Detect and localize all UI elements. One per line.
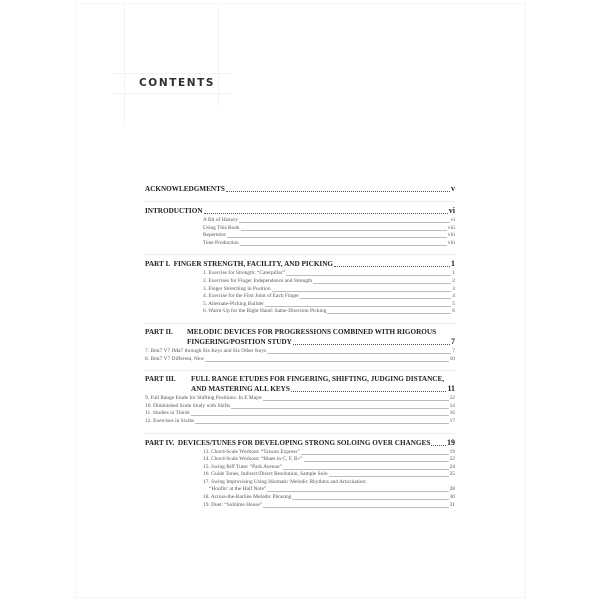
leader-line [263,400,449,401]
dot-leader [204,213,448,214]
table-of-contents: ACKNOWLEDGMENTS v INTRODUCTION vi A Bit … [145,184,455,509]
toc-page-number: 16 [450,410,455,418]
toc-item-label: 13. Chord-Scale Workout: “Taiwan Express… [203,449,300,457]
toc-page-number: 17 [450,418,455,426]
leader-line [300,298,451,299]
toc-item[interactable]: 8. IImi7 V7 Different, New10 [145,356,455,364]
dot-leader [291,391,447,392]
toc-page-number: 30 [450,494,455,502]
leader-line [267,491,448,492]
toc-item[interactable]: Tone Productionviii [145,240,455,248]
leader-line [286,275,451,276]
toc-heading-line-1: PART III.FULL RANGE ETUDES FOR FINGERING… [145,375,455,384]
toc-item[interactable]: 19. Duet: “Sublime House”31 [145,502,455,510]
leader-line [263,507,448,508]
toc-item-label: 4. Exercise for the First Joint of Each … [203,293,299,301]
page-edge-bottom [75,597,525,598]
toc-heading-label: PART I. FINGER STRENGTH, FACILITY, AND P… [145,259,333,269]
leader-line [327,313,451,314]
toc-item-label: Tone Production [203,240,239,248]
toc-heading[interactable]: ACKNOWLEDGMENTS v [145,184,455,194]
leader-line [292,499,448,500]
leader-line [301,454,449,455]
leader-line [272,291,452,292]
toc-item-label: 14. Chord-Scale Workout: “Blues in C, F,… [203,456,303,464]
toc-heading[interactable]: PART III.FULL RANGE ETUDES FOR FINGERING… [145,375,455,394]
toc-item-label: 1. Exercise for Strength: “Caterpillar” [203,270,285,278]
toc-page-number: 24 [450,464,455,472]
toc-heading[interactable]: INTRODUCTION vi [145,206,455,216]
toc-page-number: viii [448,240,455,248]
leader-line [195,423,448,424]
toc-item-label: 10. Diminished Scale Study with Shifts [145,403,230,411]
toc-item[interactable]: 3. Finger Stretching in Position3 [145,286,455,294]
leader-line [191,415,449,416]
toc-page-number: 6 [452,308,455,316]
toc-item[interactable]: Repertoireviii [145,232,455,240]
part-prefix: PART I. [145,260,170,268]
guide-line [112,73,232,74]
toc-page-number: vi [449,206,455,216]
guide-line [218,5,219,105]
leader-line [231,408,449,409]
toc-item[interactable]: 14. Chord-Scale Workout: “Blues in C, F,… [145,456,455,464]
toc-item-label: 8. IImi7 V7 Different, New [145,356,204,364]
toc-item-label: 6. Warm-Up for the Right Hand: Same-Dire… [203,308,326,316]
part-title-line-2: AND MASTERING ALL KEYS [191,384,290,394]
toc-item[interactable]: 17. Swing Improvising Using Idiomatic Me… [145,479,455,494]
toc-heading-label: ACKNOWLEDGMENTS [145,184,225,194]
toc-section-part-3: PART III.FULL RANGE ETUDES FOR FINGERING… [145,370,455,425]
toc-page-number: 7 [451,337,455,347]
toc-heading[interactable]: PART II.MELODIC DEVICES FOR PROGRESSIONS… [145,328,455,347]
toc-page-number: 10 [450,356,455,364]
toc-heading-label: PART IV. DEVICES/TUNES FOR DEVELOPING ST… [145,438,430,448]
leader-line [329,476,449,477]
toc-item[interactable]: 18. Across-the-Barline Melodic Phrasing3… [145,494,455,502]
toc-item-label: 18. Across-the-Barline Melodic Phrasing [203,494,291,502]
toc-page-number: 1 [452,270,455,278]
toc-item-label: 9. Full Range Etude for Shifting Positio… [145,395,262,403]
leader-line [205,361,449,362]
toc-page-number: vi [451,217,455,225]
toc-item[interactable]: 12. Exercises in Sixths17 [145,418,455,426]
leader-line [283,469,449,470]
toc-page-number: 7 [452,348,455,356]
toc-item-label: 2. Exercises for Finger Independence and… [203,278,312,286]
toc-item-line-2: “Hoofin’ at the Half Note”28 [203,486,455,494]
part-prefix: PART III. [145,375,191,384]
toc-page-number: 28 [450,486,455,494]
toc-item[interactable]: 9. Full Range Etude for Shifting Positio… [145,395,455,403]
toc-page-number: 25 [450,471,455,479]
toc-section-acknowledgments: ACKNOWLEDGMENTS v [145,184,455,194]
toc-item-label: Repertoire [203,232,226,240]
dot-leader [334,266,450,267]
toc-item[interactable]: 13. Chord-Scale Workout: “Taiwan Express… [145,449,455,457]
toc-item[interactable]: 2. Exercises for Finger Independence and… [145,278,455,286]
toc-page-number: viii [448,232,455,240]
part-prefix: PART IV. [145,439,174,447]
page-edge-top [75,3,525,4]
leader-line [267,353,451,354]
toc-page-number: 22 [450,456,455,464]
toc-item-label: 15. Swing Riff Tune: “Park Avenue” [203,464,282,472]
toc-page-number: v [451,184,455,194]
leader-line [227,237,447,238]
part-title-line-1: FULL RANGE ETUDES FOR FINGERING, SHIFTIN… [191,375,444,383]
toc-page-number: 14 [450,403,455,411]
leader-line [239,222,450,223]
dot-leader [293,344,450,345]
toc-page-number: 12 [450,395,455,403]
part-title-line-2: FINGERING/POSITION STUDY [187,337,292,347]
toc-item[interactable]: 1. Exercise for Strength: “Caterpillar”1 [145,270,455,278]
toc-item-label: 7. IImi7 V7 IMa7 through Six Keys and Si… [145,348,266,356]
guide-line [124,5,125,123]
toc-item-label-line-2: “Hoofin’ at the Half Note” [209,486,266,494]
toc-item[interactable]: Using This Bookviii [145,225,455,233]
toc-section-part-1: PART I. FINGER STRENGTH, FACILITY, AND P… [145,254,455,316]
toc-item[interactable]: 4. Exercise for the First Joint of Each … [145,293,455,301]
toc-page-number: 19 [447,438,455,448]
toc-page-number: 2 [452,278,455,286]
toc-section-part-4: PART IV. DEVICES/TUNES FOR DEVELOPING ST… [145,433,455,510]
toc-item[interactable]: 15. Swing Riff Tune: “Park Avenue”24 [145,464,455,472]
toc-heading-label: INTRODUCTION [145,206,203,216]
toc-item-label: A Bit of History [203,217,238,225]
toc-page-number: 5 [452,301,455,309]
toc-item[interactable]: A Bit of Historyvi [145,217,455,225]
toc-item-label: 19. Duet: “Sublime House” [203,502,262,510]
toc-page-number: 4 [452,293,455,301]
toc-item[interactable]: 16. Guide Tones, Indirect/Direct Resolut… [145,471,455,479]
part-title-line-1: MELODIC DEVICES FOR PROGRESSIONS COMBINE… [187,328,436,336]
page-title: CONTENTS [139,77,215,89]
toc-heading-line-2: AND MASTERING ALL KEYS 11 [145,384,455,394]
toc-item[interactable]: 10. Diminished Scale Study with Shifts14 [145,403,455,411]
page-edge-left [75,0,76,600]
toc-heading-line-1: PART II.MELODIC DEVICES FOR PROGRESSIONS… [145,328,455,337]
leader-line [265,306,451,307]
toc-page-number: 1 [451,259,455,269]
part-prefix: PART II. [145,328,187,337]
toc-page-number: viii [448,225,455,233]
toc-item[interactable]: 7. IImi7 V7 IMa7 through Six Keys and Si… [145,348,455,356]
toc-page-number: 3 [452,286,455,294]
toc-section-introduction: INTRODUCTION vi A Bit of Historyvi Using… [145,201,455,247]
guide-line [112,93,232,94]
toc-heading[interactable]: PART I. FINGER STRENGTH, FACILITY, AND P… [145,259,455,269]
toc-item-label: 16. Guide Tones, Indirect/Direct Resolut… [203,471,328,479]
toc-page-number: 19 [450,449,455,457]
toc-item[interactable]: 11. Studies in Thirds16 [145,410,455,418]
toc-page-number: 11 [447,384,455,394]
leader-line [240,245,447,246]
part-title: FINGER STRENGTH, FACILITY, AND PICKING [174,260,333,268]
leader-line [241,230,447,231]
toc-item-label: 12. Exercises in Sixths [145,418,194,426]
leader-line [313,283,451,284]
toc-item-label: Using This Book [203,225,240,233]
toc-item[interactable]: 6. Warm-Up for the Right Hand: Same-Dire… [145,308,455,316]
toc-heading[interactable]: PART IV. DEVICES/TUNES FOR DEVELOPING ST… [145,438,455,448]
page-edge-right [525,0,526,600]
part-title: DEVICES/TUNES FOR DEVELOPING STRONG SOLO… [178,439,430,447]
leader-line [304,461,449,462]
toc-heading-line-2: FINGERING/POSITION STUDY 7 [145,337,455,347]
toc-page-number: 31 [450,502,455,510]
dot-leader [226,191,450,192]
toc-item-label: 11. Studies in Thirds [145,410,190,418]
toc-section-part-2: PART II.MELODIC DEVICES FOR PROGRESSIONS… [145,323,455,363]
dot-leader [431,445,446,446]
